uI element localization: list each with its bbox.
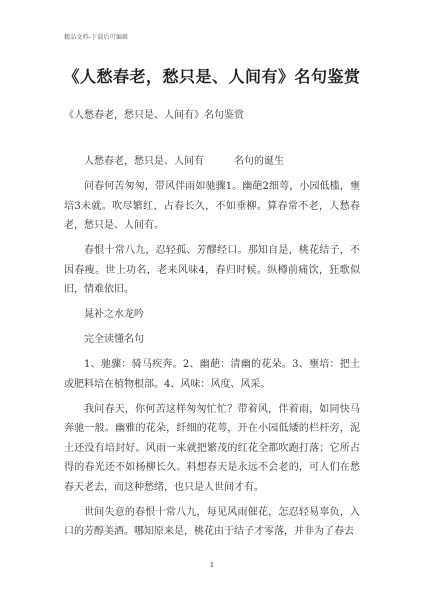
paragraph-annotations: 1、驰骤：骑马疾奔。2、幽葩：清幽的花朵。3、壅培：把土或肥料培在植物根部。4、… [64,355,360,394]
paragraph-poem-source: 晁补之水龙吟 [64,305,360,325]
paragraph-poem-part-1: 问春何苦匆匆，带风伴雨如驰骤1。幽葩2细萼，小园低槛，壅培3未就。吹尽繁红，占春… [64,177,360,236]
document-body: 人愁春老，愁只是、人间有名句的诞生 问春何苦匆匆，带风伴雨如驰骤1。幽葩2细萼，… [64,152,360,547]
section-heading-left: 人愁春老，愁只是、人间有 [84,156,204,167]
document-subtitle: 《人愁春老，愁只是、人间有》名句鉴赏 [64,106,244,121]
paragraph-subheading: 完全读懂名句 [64,330,360,350]
document-title: 《人愁春老，愁只是、人间有》名句鉴赏 [0,64,424,87]
section-heading-right: 名句的诞生 [234,156,284,167]
paragraph-translation-2: 世间失意的春恨十常八九，每见风雨催花，怎忍轻易辜负，入口的芳醇美酒。哪知原来是，… [64,503,360,542]
section-heading: 人愁春老，愁只是、人间有名句的诞生 [64,152,360,172]
paragraph-poem-part-2: 春恨十常八九，忍轻孤、芳醪经口。那知自是，桃花结子，不因春瘦。世上功名，老来风味… [64,241,360,300]
page-number: 1 [0,561,424,569]
paragraph-translation-1: 我问春天，你何苦这样匆匆忙忙？带着风，伴着雨，如同快马奔驰一般。幽雅的花朵，纤细… [64,400,360,498]
header-note: 精品文档-下载后可编辑 [64,32,128,41]
